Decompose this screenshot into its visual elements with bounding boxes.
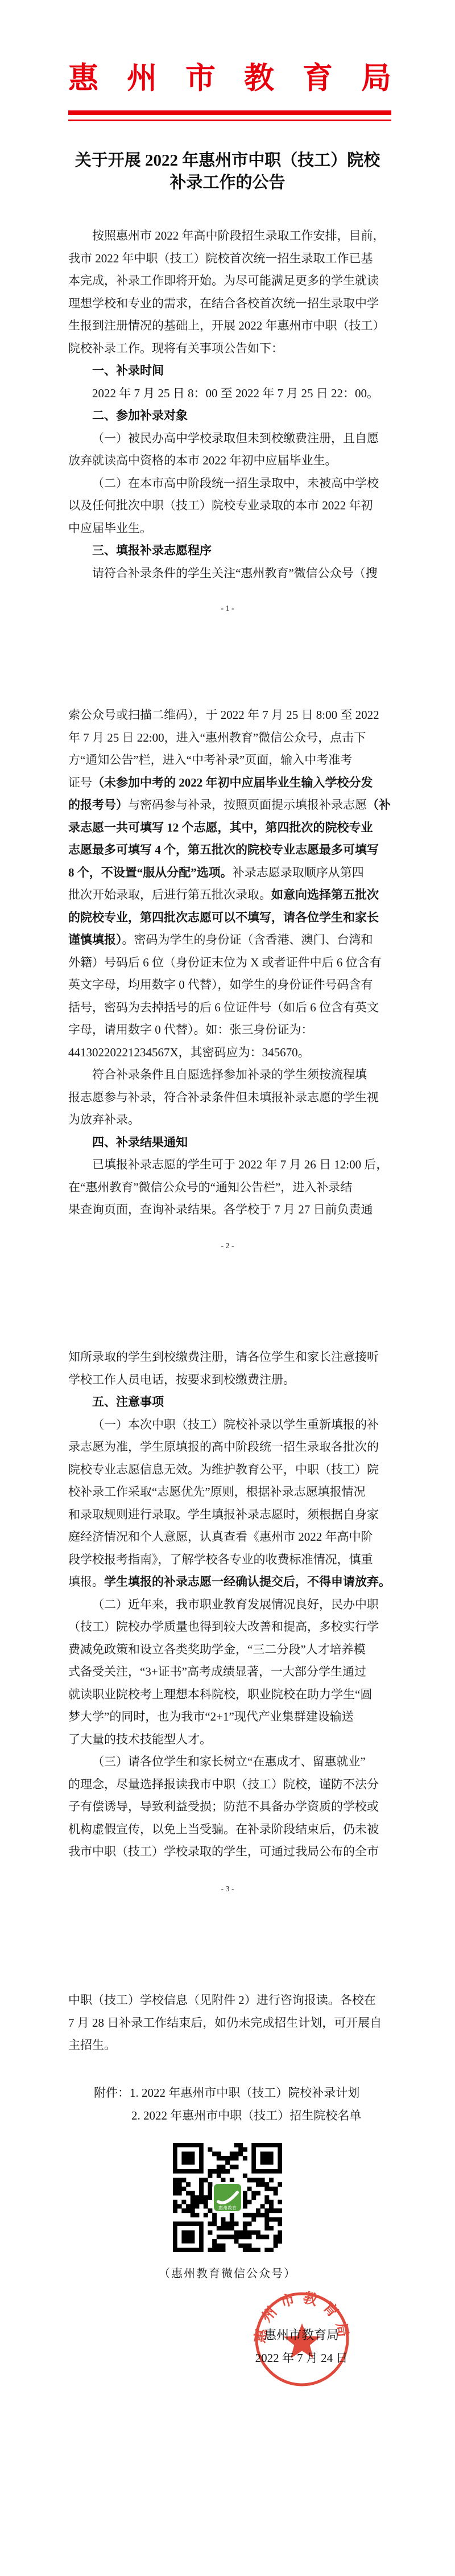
- text-line: 2022 年 7 月 25 日 8：00 至 2022 年 7 月 25 日 2…: [68, 382, 390, 405]
- text-line: 我市中职（技工）学校录取的学生，可通过我局公布的全市: [68, 1841, 390, 1863]
- qr-center-logo: 惠州教育: [212, 2182, 243, 2213]
- text-line: 放弃就读高中资格的本市 2022 年初中应届毕业生。: [68, 450, 390, 472]
- document-title-line2: 补录工作的公告: [0, 172, 455, 194]
- official-seal: 惠州市教育局: [253, 2290, 351, 2388]
- text-line: 机构虚假宣传，以免上当受骗。在补录阶段结束后，仍未被: [68, 1818, 390, 1841]
- text-line: 录志愿一共可填写 12 个志愿，其中，第四批次的院校专业: [68, 817, 390, 840]
- text-line: 理想学校和专业的需求，在结合各校首次统一招生录取中学: [68, 293, 390, 315]
- text-line: 果查询页面，查询补录结果。各学校于 7 月 27 日前负责通: [68, 1199, 390, 1221]
- text-line: 知所录取的学生到校缴费注册，请各位学生和家长注意接听: [68, 1346, 390, 1369]
- section-heading: 三、填报补录志愿程序: [68, 540, 390, 562]
- text-line: 就读职业院校考上理想本科院校，职业院校在助力学生“圆: [68, 1684, 390, 1706]
- qr-logo-label: 惠州教育: [218, 2205, 237, 2211]
- text-line: 批次开始录取，后进行第五批次录取。如意向选择第五批次: [68, 884, 390, 907]
- text-line: 费减免政策和设立各类奖助学金，“三二分段”人才培养模: [68, 1639, 390, 1661]
- agency-char: 惠: [68, 63, 98, 94]
- text-line: 报志愿参与补录，符合补录条件但未填报补录志愿的学生视: [68, 1087, 390, 1109]
- text-line: 符合补录条件且自愿选择参加补录的学生须按流程填: [68, 1064, 390, 1087]
- agency-char: 育: [303, 63, 333, 94]
- section-heading: 五、注意事项: [68, 1391, 390, 1414]
- page-3-text: 知所录取的学生到校缴费注册，请各位学生和家长注意接听学校工作人员电话，按要求到校…: [68, 1346, 390, 1863]
- text-line: 字母，请用数字 0 代替）。如：张三身份证为：: [68, 1019, 390, 1042]
- text-line: 学校工作人员电话，按要求到校缴费注册。: [68, 1369, 390, 1392]
- text-line: 7 月 28 日补录工作结束后，如仍未完成招生计划，可开展自: [68, 2012, 390, 2035]
- text-line: 本完成，补录工作即将开始。为尽可能满足更多的学生就读: [68, 270, 390, 293]
- text-line: 院校补录工作。现将有关事项公告如下：: [68, 338, 390, 360]
- text-line: 中应届毕业生。: [68, 517, 390, 540]
- text-line: 已填报补录志愿的学生可于 2022 年 7 月 26 日 12:00 后，: [68, 1154, 390, 1176]
- text-line: 方“通知公告”栏，进入“中考补录”页面，输入中考准考: [68, 749, 390, 772]
- text-line: 庭经济情况和个人意愿，认真查看《惠州市 2022 年高中阶: [68, 1526, 390, 1549]
- text-line: 英文字母，均用数字 0 代替），如学生的身份证件号码含有: [68, 974, 390, 997]
- text-line: 子有偿诱导，导致利益受损；防范不具备办学资质的学校或: [68, 1796, 390, 1818]
- agency-letterhead: 惠州市教育局: [68, 63, 391, 94]
- text-line: 的院校专业，第四批次志愿可以不填写，请各位学生和家长: [68, 907, 390, 929]
- agency-char: 局: [361, 63, 391, 94]
- page-2-text: 索公众号或扫描二维码），于 2022 年 7 月 25 日 8:00 至 202…: [68, 704, 390, 1221]
- qr-caption: （惠州教育微信公众号）: [0, 2264, 455, 2281]
- document-title: 关于开展 2022 年惠州市中职（技工）院校 补录工作的公告: [0, 150, 455, 194]
- text-line: 和录取规则进行录取。学生填报补录志愿时，须根据自身家: [68, 1504, 390, 1526]
- text-line: 44130220221234567X，其密码应为：345670。: [68, 1042, 390, 1064]
- text-line: 我市 2022 年中职（技工）院校首次统一招生录取工作已基: [68, 248, 390, 270]
- text-line: 请符合补录条件的学生关注“惠州教育”微信公众号（搜: [68, 562, 390, 585]
- attachment-line-2: 2. 2022 年惠州市中职（技工）招生院校名单: [68, 2105, 390, 2128]
- text-line: 主招生。: [68, 2034, 390, 2057]
- page-4-text: 中职（技工）学校信息（见附件 2）进行咨询报读。各校在7 月 28 日补录工作结…: [68, 1989, 390, 2057]
- red-rule-thick: [68, 110, 391, 115]
- qr-code: 惠州教育: [173, 2143, 282, 2252]
- document-title-line1: 关于开展 2022 年惠州市中职（技工）院校: [0, 150, 455, 172]
- section-heading: 四、补录结果通知: [68, 1131, 390, 1154]
- text-line: 填报。学生填报的补录志愿一经确认提交后，不得申请放弃。: [68, 1571, 390, 1594]
- text-line: （三）请各位学生和家长树立“在惠成才、留惠就业”: [68, 1751, 390, 1773]
- star-icon: [284, 2323, 321, 2359]
- agency-char: 教: [244, 63, 274, 94]
- text-line: 的报考号）与密码参与补录，按照页面提示填报补录志愿（补: [68, 794, 390, 817]
- text-line: 括号，密码为去掉括号的后 6 位证件号（如后 6 位含有英文: [68, 997, 390, 1019]
- page-1-text: 按照惠州市 2022 年高中阶段招生录取工作安排，目前，我市 2022 年中职（…: [68, 225, 390, 585]
- text-line: （二）近年来，我市职业教育发展情况良好，民办中职: [68, 1594, 390, 1616]
- text-line: 以及任何批次中职（技工）院校专业录取的本市 2022 年初: [68, 495, 390, 517]
- text-line: 索公众号或扫描二维码），于 2022 年 7 月 25 日 8:00 至 202…: [68, 704, 390, 727]
- text-line: （一）本次中职（技工）院校补录以学生重新填报的补: [68, 1414, 390, 1437]
- text-line: 式备受关注，“3+证书”高考成绩显著，一大部分学生通过: [68, 1661, 390, 1684]
- page-number-2: - 2 -: [0, 1242, 455, 1251]
- official-notice-document: 惠州市教育局 关于开展 2022 年惠州市中职（技工）院校 补录工作的公告 按照…: [0, 0, 455, 2576]
- text-line: 证号（未参加中考的 2022 年初中应届毕业生输入学校分发: [68, 772, 390, 795]
- text-line: 年 7 月 25 日 22:00，进入“惠州教育”微信公众号，点击下: [68, 727, 390, 750]
- text-line: 校补录工作采取“志愿优先”原则，根据补录志愿填报情况: [68, 1481, 390, 1504]
- text-line: 谨慎填报）。密码为学生的身份证（含香港、澳门、台湾和: [68, 929, 390, 952]
- text-line: 中职（技工）学校信息（见附件 2）进行咨询报读。各校在: [68, 1989, 390, 2012]
- text-line: 院校专业志愿信息无效。为维护教育公平，中职（技工）院: [68, 1459, 390, 1482]
- section-heading: 二、参加补录对象: [68, 405, 390, 427]
- page-number-3: - 3 -: [0, 1885, 455, 1894]
- agency-char: 市: [185, 63, 216, 94]
- red-rule-thin: [68, 120, 391, 121]
- text-line: 志愿最多可填写 4 个，第五批次的院校专业志愿最多可填写: [68, 839, 390, 862]
- attachments-block: 附件：1. 2022 年惠州市中职（技工）院校补录计划 2. 2022 年惠州市…: [68, 2082, 390, 2127]
- attachment-line-1: 附件：1. 2022 年惠州市中职（技工）院校补录计划: [68, 2082, 390, 2105]
- text-line: 在“惠州教育”微信公众号的“通知公告栏”，进入补录结: [68, 1176, 390, 1199]
- text-line: 录志愿为准，学生原填报的高中阶段统一招生录取各批次的: [68, 1436, 390, 1459]
- text-line: 生报到注册情况的基础上，开展 2022 年惠州市中职（技工）: [68, 315, 390, 338]
- text-line: 为放弃补录。: [68, 1109, 390, 1131]
- text-line: 8 个，不设置“服从分配”选项。补录志愿录取顺序从第四: [68, 862, 390, 884]
- section-heading: 一、补录时间: [68, 360, 390, 382]
- text-line: 了大量的技术技能型人才。: [68, 1729, 390, 1751]
- text-line: （一）被民办高中学校录取但未到校缴费注册，且自愿: [68, 427, 390, 450]
- text-line: 的理念，尽量选择报读我市中职（技工）院校，谨防不法分: [68, 1773, 390, 1796]
- text-line: （二）在本市高中阶段统一招生录取中，未被高中学校: [68, 472, 390, 495]
- text-line: 外籍）号码后 6 位（身份证末位为 X 或者证件中后 6 位含有: [68, 952, 390, 974]
- text-line: 段学校报考指南》，了解学校各专业的收费标准情况，慎重: [68, 1549, 390, 1571]
- swoosh-icon: [216, 2190, 239, 2205]
- page-number-1: - 1 -: [0, 604, 455, 614]
- text-line: 按照惠州市 2022 年高中阶段招生录取工作安排，目前，: [68, 225, 390, 248]
- agency-char: 州: [127, 63, 157, 94]
- text-line: 梦大学”的同时，也为我市“2+1”现代产业集群建设输送: [68, 1706, 390, 1729]
- text-line: （技工）院校办学质量也得到较大改善和提高，多校实行学: [68, 1616, 390, 1639]
